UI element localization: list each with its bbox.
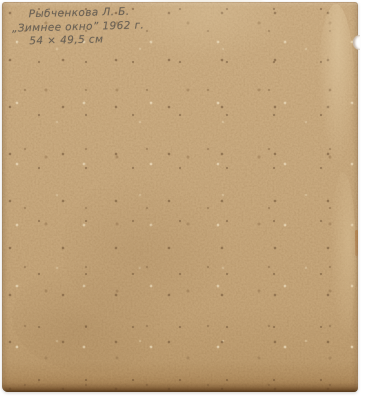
light-patch-top-center (122, 0, 292, 62)
dark-patch-bottom-left (12, 262, 172, 372)
dark-patch-middle (62, 172, 232, 322)
dimensions-line: 54 × 49,5 см (29, 32, 144, 48)
edge-chip-notch (353, 35, 360, 50)
photo-of-artwork-back: Рыбченкова Л. Б. „Зимнее окно” 1962 г. 5… (0, 0, 365, 400)
inscription-block: Рыбченкова Л. Б. „Зимнее окно” 1962 г. 5… (12, 5, 145, 49)
artwork-back-panel: Рыбченкова Л. Б. „Зимнее окно” 1962 г. 5… (2, 2, 358, 392)
water-stain-right-middle (330, 172, 356, 342)
panel-bottom-edge-shadow (2, 383, 358, 392)
fibreboard-grain-texture (2, 2, 358, 392)
water-stain-right-top (318, 4, 354, 164)
edge-rust-mark (355, 230, 358, 256)
